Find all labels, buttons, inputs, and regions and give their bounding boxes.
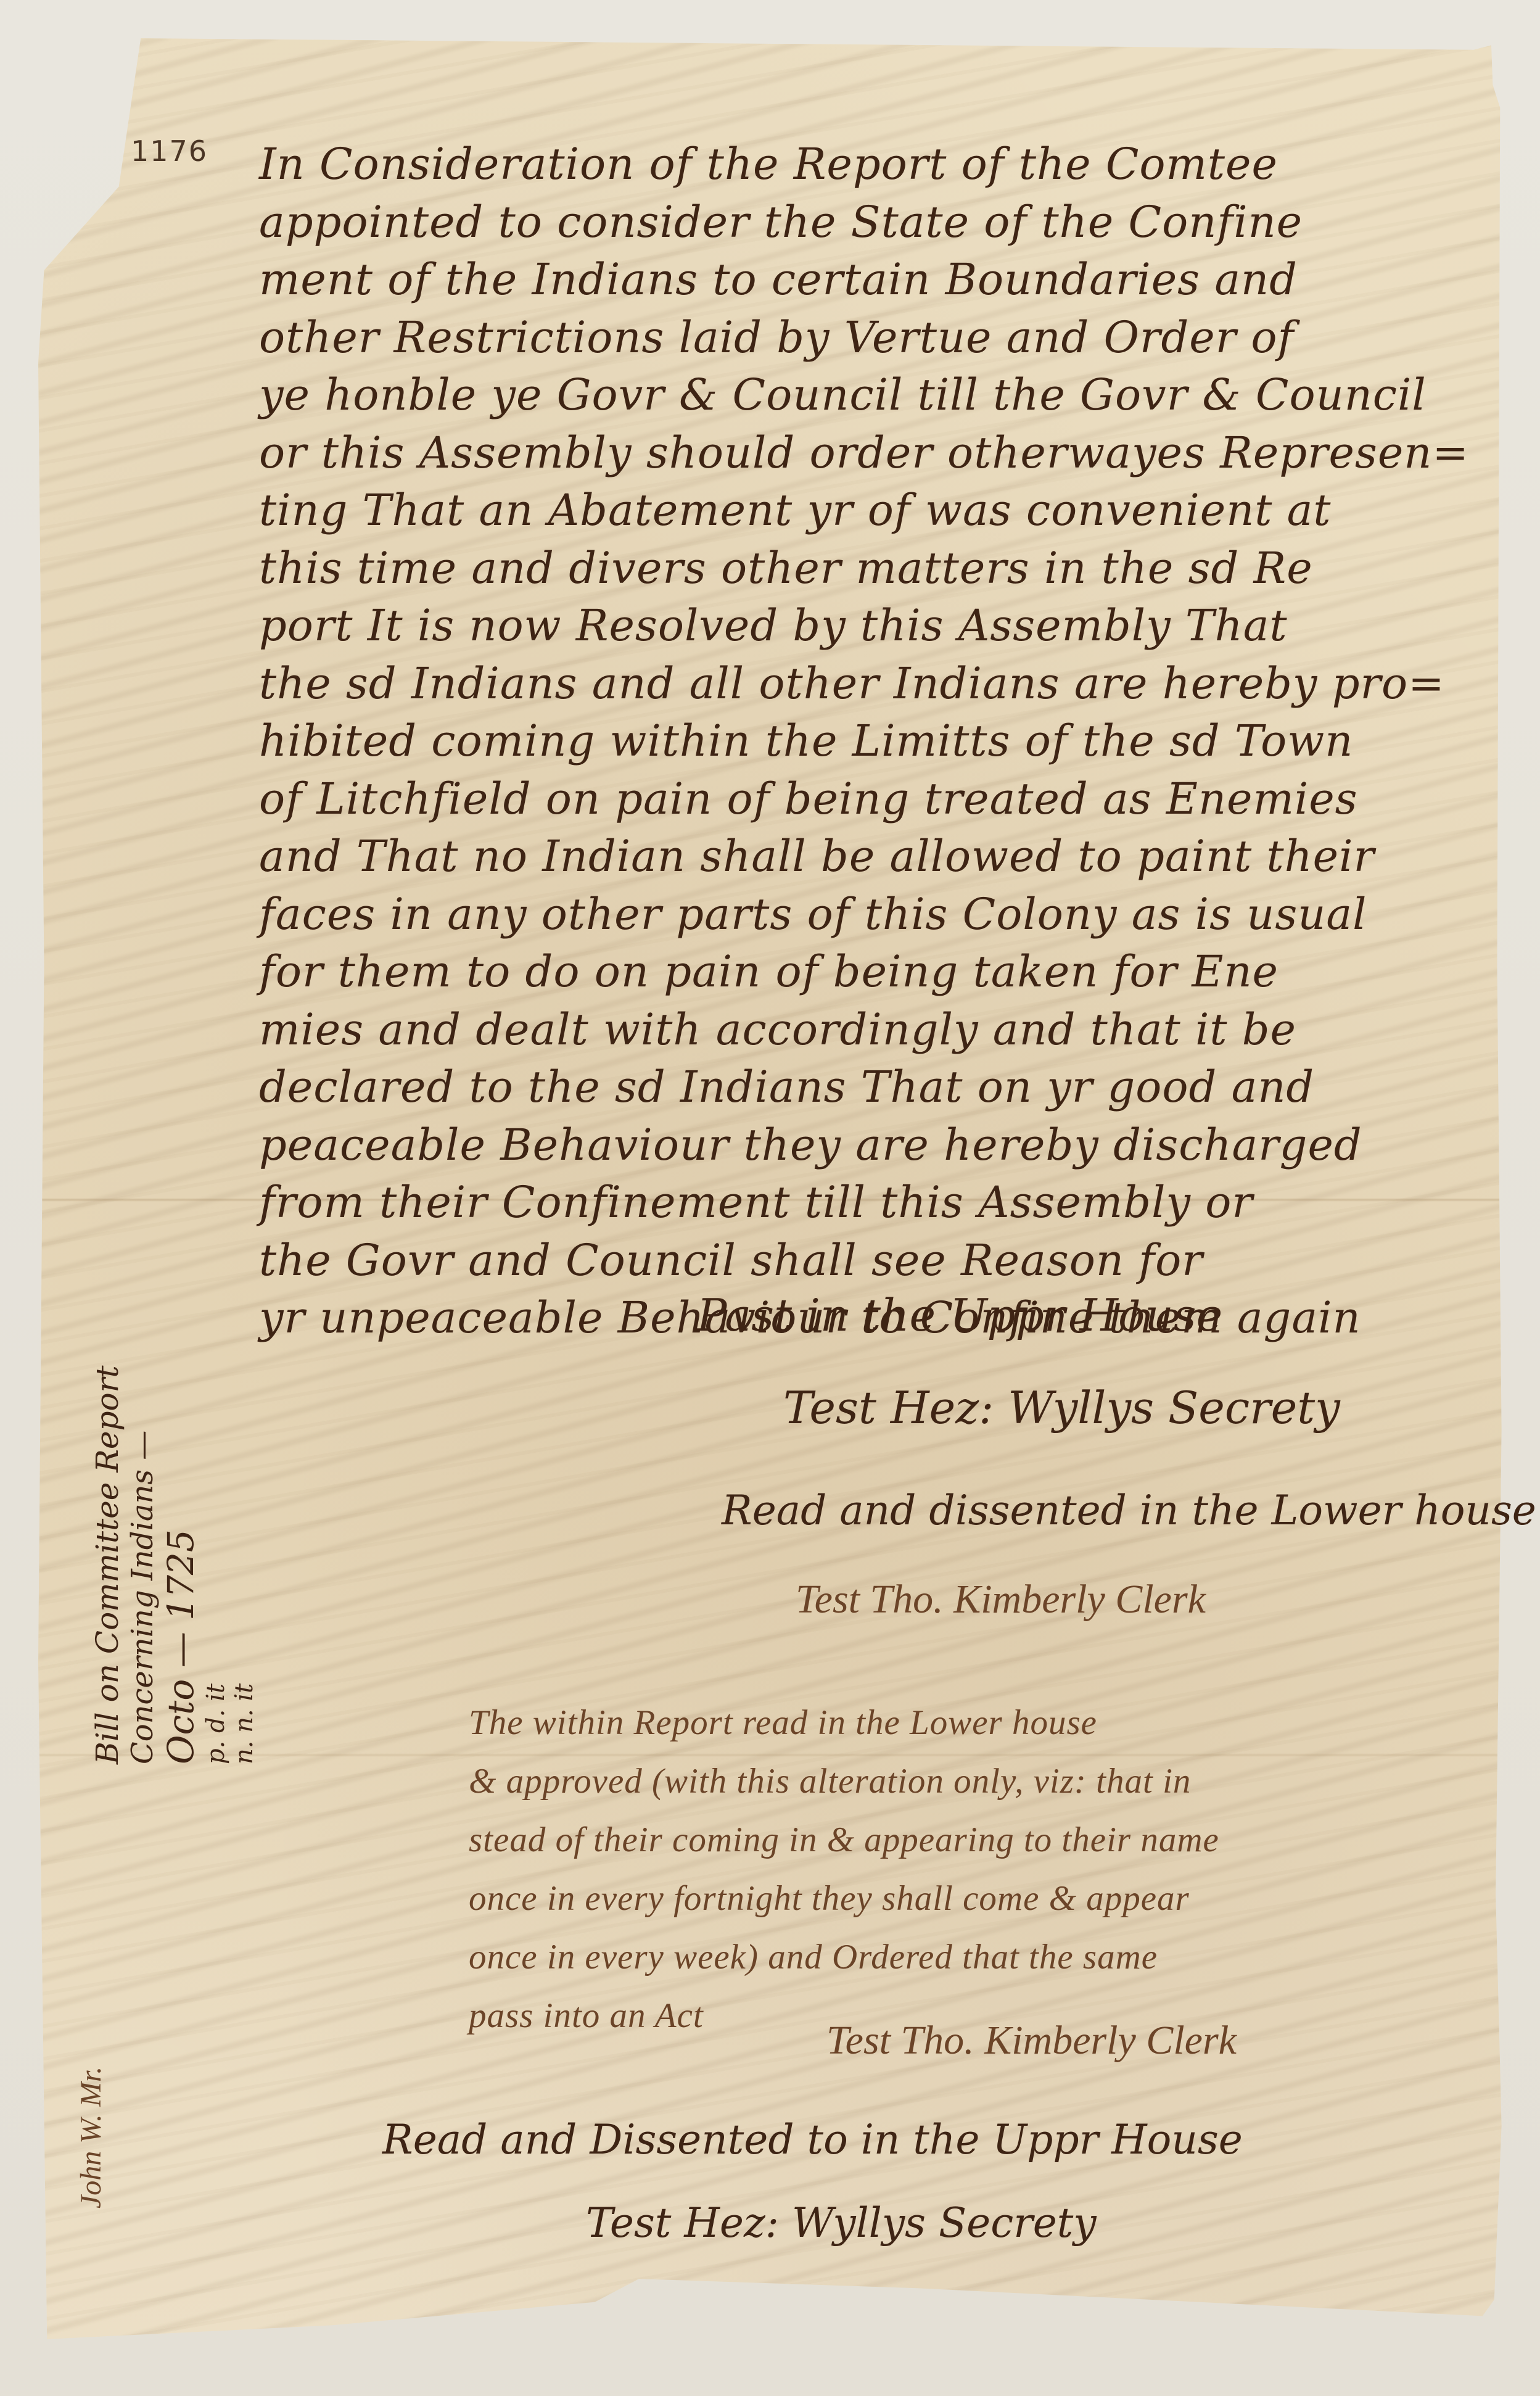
body-line: appointed to consider the State of the C… [259, 194, 1493, 252]
body-line: faces in any other parts of this Colony … [259, 886, 1493, 944]
docket-annotation: Bill on Committee Report Concerning Indi… [89, 1365, 258, 1764]
upper-house-passed-note: Past in the Uppr House [697, 1289, 1222, 1341]
upper-house-attest-signature: Test Hez: Wyllys Secrety [783, 1382, 1340, 1434]
body-line: the Govr and Council shall see Reason fo… [259, 1232, 1493, 1290]
amendment-line: The within Report read in the Lower hous… [469, 1693, 1493, 1752]
docket-line-subject: Concerning Indians — [125, 1365, 160, 1764]
body-line: for them to do on pain of being taken fo… [259, 943, 1493, 1001]
side-note-annotation: John W. Mr. [74, 2067, 108, 2208]
amendment-line: stead of their coming in & appearing to … [469, 1811, 1493, 1869]
body-line: ye honble ye Govr & Council till the Gov… [259, 366, 1493, 424]
body-line: port It is now Resolved by this Assembly… [259, 597, 1493, 655]
lower-house-amendment-block: The within Report read in the Lower hous… [469, 1693, 1493, 2045]
body-line: declared to the sd Indians That on yr go… [259, 1059, 1493, 1117]
body-line: from their Confinement till this Assembl… [259, 1174, 1493, 1232]
body-line: the sd Indians and all other Indians are… [259, 655, 1493, 713]
body-line: hibited coming within the Limitts of the… [259, 713, 1493, 770]
docket-line-vote-upper: p. d. it [202, 1365, 230, 1764]
upper-house-final-dissent-note: Read and Dissented to in the Uppr House [382, 2116, 1243, 2163]
body-line: other Restrictions laid by Vertue and Or… [259, 309, 1493, 367]
lower-house-attest-signature: Test Tho. Kimberly Clerk [796, 1576, 1206, 1623]
body-line: ting That an Abatement yr of was conveni… [259, 482, 1493, 540]
amendment-line: once in every fortnight they shall come … [469, 1869, 1493, 1928]
upper-house-second-attest-signature: Test Hez: Wyllys Secrety [586, 2199, 1097, 2247]
body-line: this time and divers other matters in th… [259, 540, 1493, 598]
amendment-line: & approved (with this alteration only, v… [469, 1752, 1493, 1811]
amendment-line: once in every week) and Ordered that the… [469, 1928, 1493, 1986]
lower-house-second-attest-signature: Test Tho. Kimberly Clerk [826, 2017, 1237, 2064]
body-line: or this Assembly should order otherwayes… [259, 424, 1493, 482]
body-line: In Consideration of the Report of the Co… [259, 136, 1493, 194]
side-note-text: John W. Mr. [74, 2067, 108, 2208]
docket-line-title: Bill on Committee Report [89, 1365, 125, 1764]
lower-house-dissent-note: Read and dissented in the Lower house [722, 1487, 1536, 1534]
docket-line-vote-lower: n. n. it [230, 1365, 258, 1764]
body-line: and That no Indian shall be allowed to p… [259, 828, 1493, 886]
folio-number: 1176 [131, 134, 208, 168]
body-line: peaceable Behaviour they are hereby disc… [259, 1117, 1493, 1175]
resolution-body: In Consideration of the Report of the Co… [259, 136, 1493, 1347]
body-line: of Litchfield on pain of being treated a… [259, 770, 1493, 828]
body-line: mies and dealt with accordingly and that… [259, 1001, 1493, 1059]
body-line: ment of the Indians to certain Boundarie… [259, 251, 1493, 309]
docket-line-date: Octo — 1725 [160, 1365, 202, 1764]
